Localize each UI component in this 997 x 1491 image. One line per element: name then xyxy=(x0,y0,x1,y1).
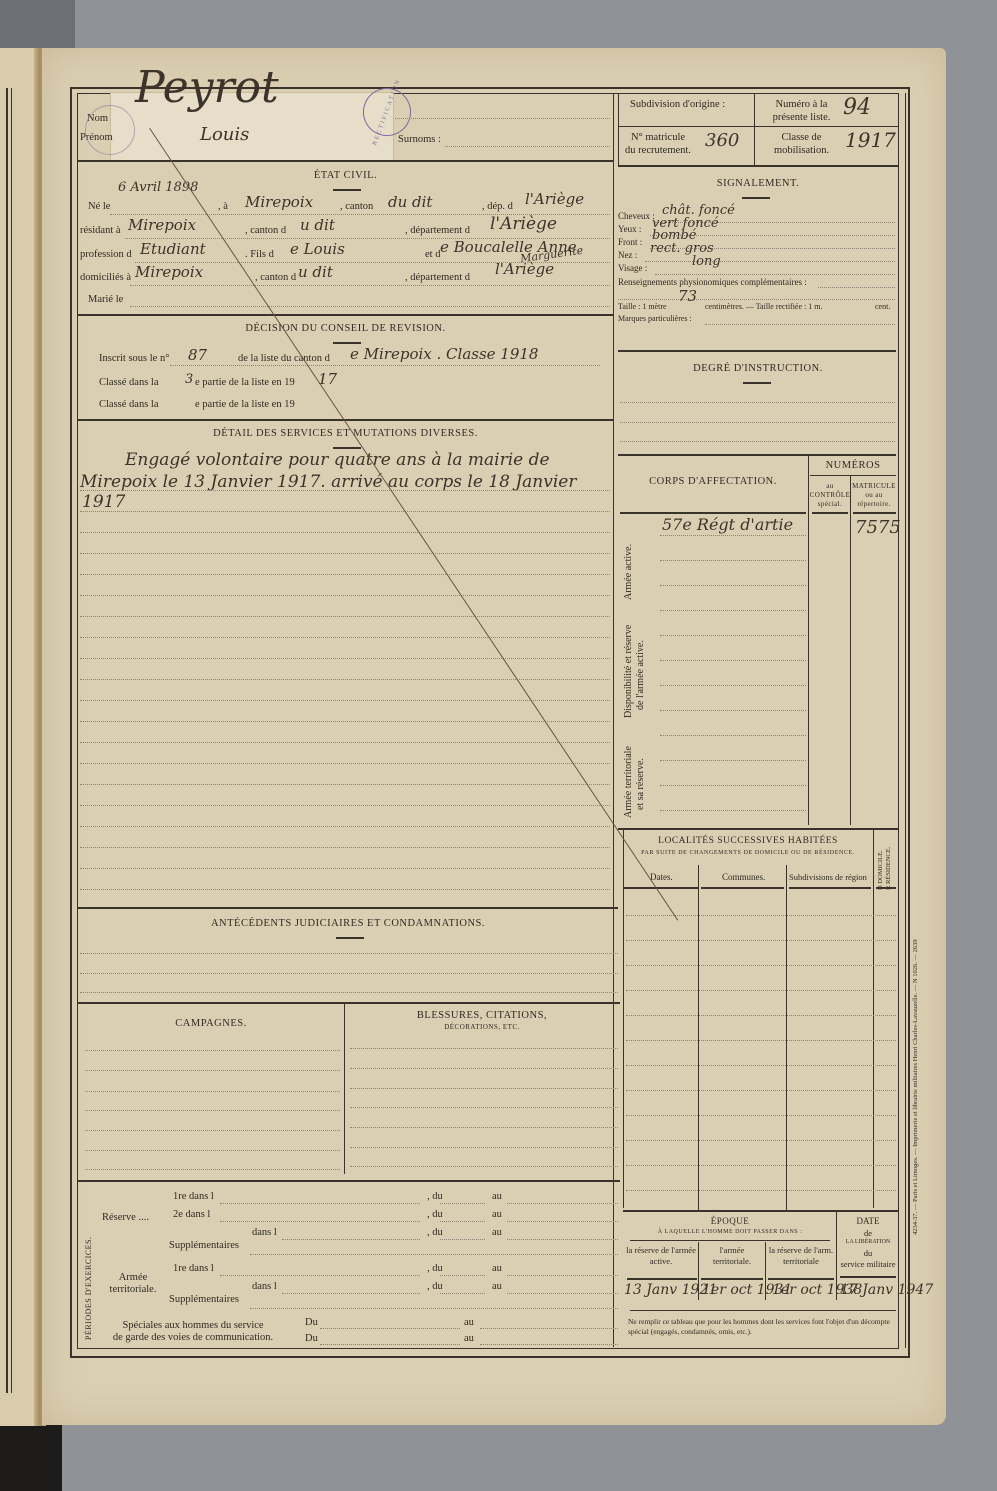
domicile-residence-header: D DOMICILE.R RÉSIDENCE. xyxy=(877,847,893,890)
numero-label: Numéro à laprésente liste. xyxy=(764,98,839,124)
epoque-subtitle: À LAQUELLE L'HOMME DOIT PASSER DANS : xyxy=(625,1229,835,1235)
disponibilite-label: Disponibilité et réservede l'armée activ… xyxy=(623,625,647,718)
column-divider xyxy=(613,93,614,1347)
ne-le-label: Né le xyxy=(88,201,110,212)
corps-affectation-title: CORPS D'AFFECTATION. xyxy=(618,476,808,487)
speciales-label: Spéciales aux hommes du servicede garde … xyxy=(98,1320,288,1344)
territoriale-label: Armée territorialeet sa réserve. xyxy=(623,746,647,818)
localites-subtitle: PAR SUITE DE CHANGEMENTS DE DOMICILE OU … xyxy=(623,850,873,856)
canton-liste-value: e Mirepoix . Classe 1918 xyxy=(350,345,538,363)
communes-col-header: Communes. xyxy=(722,872,765,882)
father-value: e Louis xyxy=(290,240,345,258)
numero-value: 94 xyxy=(843,95,871,120)
profession-value: Etudiant xyxy=(140,240,206,258)
liberation-title: DATE xyxy=(838,1216,898,1226)
birth-canton-value: du dit xyxy=(388,193,432,211)
surnoms-label: Surnoms : xyxy=(398,134,441,145)
birth-dept-value: l'Ariège xyxy=(525,190,584,208)
services-line-1: Engagé volontaire pour quatre ans à la m… xyxy=(125,450,550,470)
printer-imprint: 4234-37. — Paris et Limoges. — Imprimeri… xyxy=(912,939,919,1235)
epoque-col-territoriale: l'armée territoriale. xyxy=(700,1245,764,1267)
domicile-value: Mirepoix xyxy=(135,263,203,281)
taille-value: 73 xyxy=(678,287,697,305)
signalement-title: SIGNALEMENT. xyxy=(618,178,898,189)
inscrit-value: 87 xyxy=(188,346,207,364)
armee-territoriale-label: Arméeterritoriale. xyxy=(102,1272,164,1296)
controle-col-header: auCONTRÔLEspécial. xyxy=(809,482,851,509)
conseil-revision-title: DÉCISION DU CONSEIL DE REVISION. xyxy=(78,323,613,334)
numeros-title: NUMÉROS xyxy=(808,460,898,471)
nom-value: Peyrot xyxy=(135,62,279,113)
classe-partie-value: 3 xyxy=(185,372,193,387)
epoque-col-reserve-active: la réserve de l'armée active. xyxy=(625,1245,697,1267)
localites-title: LOCALITÉS SUCCESSIVES HABITÉES xyxy=(623,836,873,846)
subdivisions-col-header: Subdivisions de région xyxy=(789,872,867,882)
classe-label: Classe demobilisation. xyxy=(764,131,839,157)
blessures-subtitle: DÉCORATIONS, ETC. xyxy=(346,1023,618,1031)
prenom-value: Louis xyxy=(200,124,249,145)
visage-value: long xyxy=(692,254,721,269)
liberation-value: 17 Janv 1947 xyxy=(840,1282,933,1298)
degre-instruction-title: DEGRÉ D'INSTRUCTION. xyxy=(618,363,898,374)
subdivision-label: Subdivision d'origine : xyxy=(630,99,725,110)
classe-value: 1917 xyxy=(845,128,896,152)
matricule-value: 360 xyxy=(705,130,739,151)
services-title: DÉTAIL DES SERVICES ET MUTATIONS DIVERSE… xyxy=(78,428,613,439)
antecedents-title: ANTÉCÉDENTS JUDICIAIRES ET CONDAMNATIONS… xyxy=(78,918,618,929)
corps-value: 57e Régt d'artie xyxy=(662,515,793,534)
services-line-3: 1917 xyxy=(82,492,125,512)
matricule-col-header: MATRICULEou aurépertoire. xyxy=(851,482,897,509)
faded-stamp xyxy=(85,105,135,155)
services-line-2: Mirepoix le 13 Janvier 1917. arrivé au c… xyxy=(80,472,576,492)
campagnes-title: CAMPAGNES. xyxy=(80,1018,342,1029)
marie-label: Marié le xyxy=(88,294,123,305)
matricule-repertoire-value: 7575 xyxy=(855,517,901,538)
epoque-col-reserve-territoriale: la réserve de l'arm. territoriale xyxy=(766,1245,836,1267)
birth-place-value: Mirepoix xyxy=(245,193,313,211)
armee-active-label: Armée active. xyxy=(623,544,634,600)
epoque-note: Ne remplir ce tableau que pour les homme… xyxy=(628,1317,896,1337)
residant-value: Mirepoix xyxy=(128,216,196,234)
epoque-title: ÉPOQUE xyxy=(625,1216,835,1226)
matricule-label: N° matriculedu recrutement. xyxy=(618,131,698,157)
blessures-title: BLESSURES, CITATIONS, xyxy=(346,1010,618,1021)
binding-shadow xyxy=(0,1425,62,1491)
periodes-side-label: PÉRIODES D'EXERCICES. xyxy=(84,1236,93,1340)
dates-col-header: Dates. xyxy=(650,872,673,882)
